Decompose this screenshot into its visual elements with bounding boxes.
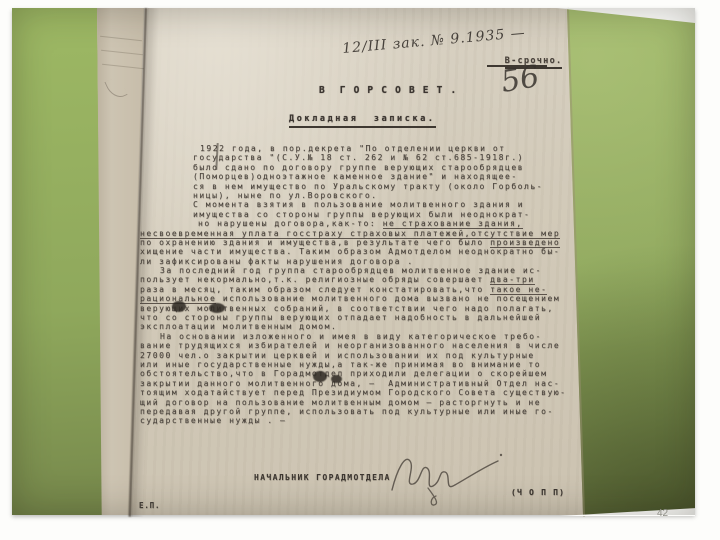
body-line-segment: щий договор на пользование молитвенным д… [140, 398, 541, 407]
body-line-segment: закрытии данного молитвенного дома, — Ад… [140, 379, 560, 388]
body-line: государства "(С.У.№ 18 ст. 262 и № 62 ст… [140, 153, 580, 162]
body-line-segment: не страхование здания, [383, 219, 523, 229]
body-line: по охранению здания и имущества,в резуль… [140, 238, 580, 247]
body-line: имущества со стороны группы верующих был… [140, 210, 580, 219]
typist-initials: Е.П. [139, 501, 160, 510]
body-line-segment: эксплоатации молитвенным домом. [140, 322, 337, 331]
body-line-segment: использование молитвенного дома вызвано … [216, 294, 560, 303]
body-line: было сдано по договору группе верующих с… [140, 163, 580, 172]
body-line: раза в месяц, таким образом следует конс… [140, 285, 580, 294]
body-line-segment: вание трудящихся избирателей и неорганиз… [140, 341, 560, 350]
body-line: ли зафиксированы факты нарушения договор… [140, 257, 580, 266]
body-line-segment: ницы), ныне по ул.Воровского. [193, 191, 378, 200]
body-line: закрытии данного молитвенного дома, — Ад… [140, 379, 580, 388]
body-line-segment: или иные государственные нужды,а так-же … [140, 360, 541, 369]
body-line-segment: было сдано по договору группе верующих с… [193, 163, 524, 172]
body-line-segment: На основании изложенного и имея в виду к… [160, 332, 542, 341]
body-line: хищение части имущества. Таким образом А… [140, 247, 580, 256]
body-line: что со стороны группы верующих отпадает … [140, 313, 580, 322]
body-line: рациональное использование молитвенного … [140, 294, 580, 303]
body-line-segment: но нарушены договора,как-то: [198, 219, 383, 228]
document-body: 1922 года, в пор.декрета "По отделении ц… [140, 144, 580, 426]
body-line: (Поморцев)одноэтажное каменное здание" и… [140, 172, 580, 181]
body-line: 1922 года, в пор.декрета "По отделении ц… [140, 144, 580, 153]
body-line-segment: 1922 года, в пор.декрета "По отделении ц… [200, 144, 506, 153]
signature-title: НАЧАЛЬНИК ГОРАДМОТДЕЛА [254, 473, 391, 482]
body-line-segment: пользует некормально,т.к. религиозные об… [140, 275, 490, 284]
body-line-segment: ли зафиксированы факты нарушения договор… [140, 257, 414, 266]
body-line-segment: два-три [490, 275, 535, 285]
body-line: 27000 чел.о закрытии церквей и использов… [140, 351, 580, 360]
body-line-segment: по охранению здания и имущества,в резуль… [140, 238, 490, 247]
body-line-segment: 27000 чел.о закрытии церквей и использов… [140, 351, 535, 360]
body-line: верующих молитвенных собраний, в соответ… [140, 304, 580, 313]
body-line-segment: передавая другой группе, использовать по… [140, 407, 554, 416]
body-line: На основании изложенного и имея в виду к… [140, 332, 580, 341]
body-line: или иные государственные нужды,а так-же … [140, 360, 580, 369]
signatory-name: (Ч О П П) [511, 488, 565, 497]
body-line: пользует некормально,т.к. религиозные об… [140, 275, 580, 284]
ink-blot [313, 371, 327, 382]
body-line: ся в нем имущество по Уральскому тракту … [140, 182, 580, 191]
body-line-segment: что со стороны группы верующих отпадает … [140, 313, 541, 322]
ink-blot [209, 303, 225, 313]
body-line: ницы), ныне по ул.Воровского. [140, 191, 580, 200]
ink-blot [172, 301, 186, 312]
body-line: сударственные нужды . — [140, 416, 580, 425]
document-title: Докладная записка. [289, 114, 436, 128]
body-line-segment: хищение части имущества. Таким образом А… [140, 247, 560, 256]
body-line-segment: С момента взятия в пользование молитвенн… [193, 200, 524, 209]
body-line: обстоятельство,что в Горадмотдел приходи… [140, 369, 580, 378]
addressee-heading: В Г О Р С О В Е Т . [319, 85, 457, 96]
body-line: тоящим ходатайствует перед Президиумом Г… [140, 388, 580, 397]
ink-blot [331, 375, 342, 383]
body-line-segment: сударственные нужды . — [140, 416, 286, 425]
body-line: вание трудящихся избирателей и неорганиз… [140, 341, 580, 350]
body-line-segment: верующих молитвенных собраний, в соответ… [140, 304, 554, 313]
body-line: С момента взятия в пользование молитвенн… [140, 200, 580, 209]
body-line-segment: тоящим ходатайствует перед Президиумом Г… [140, 388, 567, 397]
body-line: передавая другой группе, использовать по… [140, 407, 580, 416]
slide-page-number: 42 [657, 508, 668, 519]
body-line-segment: имущества со стороны группы верующих был… [193, 210, 530, 219]
body-line-segment: обстоятельство,что в Горадмотдел приходи… [140, 369, 547, 378]
body-line: несвоевременная уплата госстраху страхов… [140, 229, 580, 238]
body-line-segment: государства "(С.У.№ 18 ст. 262 и № 62 ст… [193, 153, 524, 162]
body-line: эксплоатации молитвенным домом. [140, 322, 580, 331]
handwritten-number: 56 [498, 59, 542, 100]
body-line-segment: За последний год группа старообрядцев мо… [160, 266, 542, 275]
signature-handwriting [388, 446, 518, 508]
body-line-segment: ся в нем имущество по Уральскому тракту … [193, 182, 543, 191]
body-line-segment: раза в месяц, таким образом следует конс… [140, 285, 490, 294]
slide: 12/III зак. № 9.1935 — В-срочно. 56 В Г … [0, 0, 720, 540]
body-line: щий договор на пользование молитвенным д… [140, 398, 580, 407]
body-line-segment: (Поморцев)одноэтажное каменное здание" и… [193, 172, 518, 181]
body-line: но нарушены договора,как-то: не страхова… [140, 219, 580, 228]
